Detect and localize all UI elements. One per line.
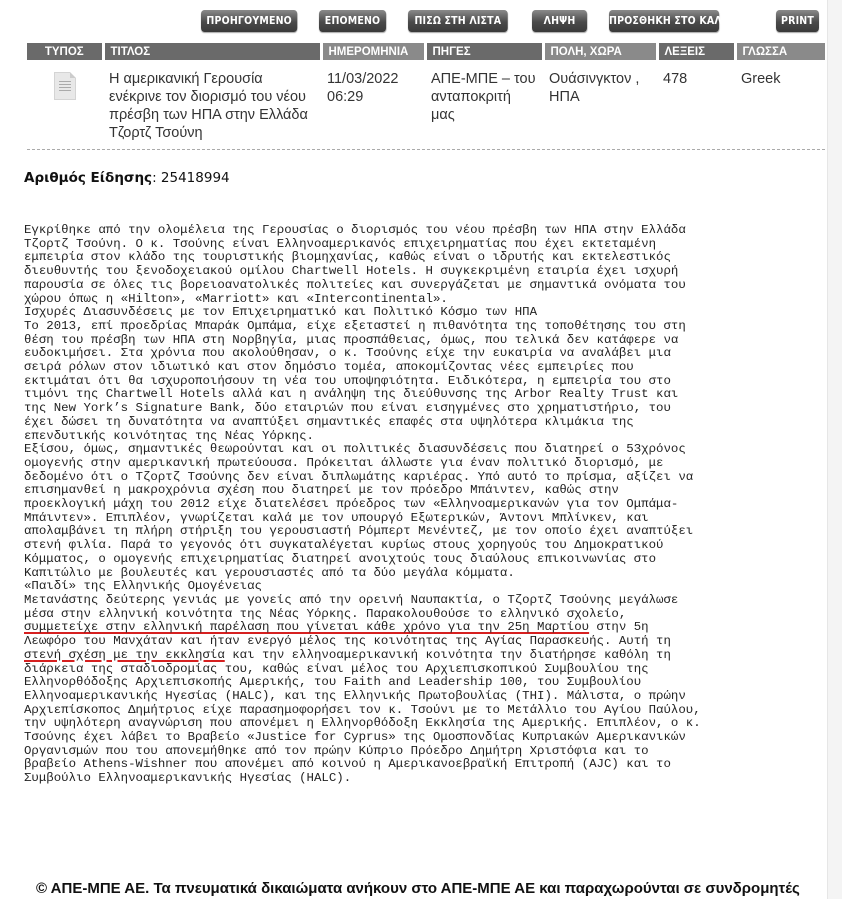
col-header-words: ΛΕΞΕΙΣ	[657, 43, 735, 60]
article-line: απολαμβάνει τη πλήρη στήριξη του γερουσι…	[24, 525, 824, 539]
article-line: Εξίσου, όμως, σημαντικές θεωρούνται και …	[24, 443, 824, 457]
article-line: Μπάιντεν». Επιπλέον, γνωρίζεται καλά με …	[24, 512, 824, 526]
article-line: τιμόνι της Chartwell Hotels αλλά και η α…	[24, 388, 824, 402]
article-line: σειρά ρόλων στον ιδιωτικό και στον δημόσ…	[24, 361, 824, 375]
col-header-date: ΗΜΕΡΟΜΗΝΙΑ	[321, 43, 425, 60]
city-country-cell: Ουάσινγκτον , ΗΠΑ	[543, 60, 657, 150]
article-line: Ελληνοαμερικανικής Ηγεσίας (HALC), και τ…	[24, 690, 824, 704]
article-line: διευθυντής του ξενοδοχειακού ομίλου Char…	[24, 265, 824, 279]
words-cell: 478	[657, 60, 735, 150]
article-line: Οργανισμών που του απονεμήθηκε από τον π…	[24, 745, 824, 759]
col-header-type: ΤΥΠΟΣ	[27, 43, 103, 60]
article-line: στενή φιλία. Παρά το γεγονός ότι συγκατα…	[24, 539, 824, 553]
download-button[interactable]: ΛΗΨΗ	[532, 10, 587, 32]
article-line: διάρκεια της σταδιοδρομίας του, καθώς εί…	[24, 663, 824, 677]
news-meta-table: ΤΥΠΟΣ ΤΙΤΛΟΣ ΗΜΕΡΟΜΗΝΙΑ ΠΗΓΕΣ ΠΟΛΗ, ΧΩΡΑ…	[27, 43, 825, 150]
article-line: προεκλογική μάχη του 2012 είχε διατελέσε…	[24, 498, 824, 512]
document-icon	[54, 72, 76, 100]
article-line: Κόμματος, ο ομογενής επιχειρηματίας διατ…	[24, 553, 824, 567]
news-id-value: 25418994	[161, 170, 230, 186]
article-line: Συμβούλιο Ελληνοαμερικανικής Ηγεσίας (HA…	[24, 772, 824, 786]
article-line: Το 2013, επί προεδρίας Μπαράκ Ομπάμα, εί…	[24, 320, 824, 334]
article-body: Εγκρίθηκε από την ολομέλεια της Γερουσία…	[24, 224, 824, 786]
toolbar: ΠΡΟΗΓΟΥΜΕΝΟ ΕΠΟΜΕΝΟ ΠΙΣΩ ΣΤΗ ΛΙΣΤΑ ΛΗΨΗ …	[0, 10, 828, 34]
article-line: εκτιμάται ότι θα ισχυροποιήσουν τη νέα τ…	[24, 375, 824, 389]
article-line: της New York’s Signature Bank, δύο εταιρ…	[24, 402, 824, 416]
sources-cell: ΑΠΕ-ΜΠΕ – του ανταποκριτή μας	[425, 60, 543, 150]
article-line: Τζορτζ Τσούνη. Ο κ. Τσούνης είναι Ελληνο…	[24, 238, 824, 252]
col-header-language: ΓΛΩΣΣΑ	[735, 43, 825, 60]
news-id: Αριθμός Είδησης: 25418994	[24, 170, 230, 186]
article-line: θέση του πρέσβη των ΗΠΑ στη Νορβηγία, μι…	[24, 334, 824, 348]
scrollbar-track[interactable]	[827, 0, 842, 899]
table-row: Η αμερικανική Γερουσία ενέκρινε τον διορ…	[27, 60, 825, 150]
previous-button[interactable]: ΠΡΟΗΓΟΥΜΕΝΟ	[201, 10, 297, 32]
article-line: Ισχυρές Διασυνδέσεις με τον Επιχειρηματι…	[24, 306, 824, 320]
divider	[27, 149, 825, 150]
col-header-city-country: ΠΟΛΗ, ΧΩΡΑ	[543, 43, 657, 60]
article-line: μέσα στην ελληνική κοινότητα της Νέας Υό…	[24, 608, 824, 622]
copyright-notice: © ΑΠΕ-ΜΠΕ ΑΕ. Τα πνευματικά δικαιώματα α…	[36, 880, 800, 897]
article-line: έχει δώσει τη δυνατότητα να αναπτύξει ση…	[24, 416, 824, 430]
article-line: Καπιτώλιο με βουλευτές και γερουσιαστές …	[24, 567, 824, 581]
article-line: Εγκρίθηκε από την ολομέλεια της Γερουσία…	[24, 224, 824, 238]
article-line: Τσούνης έχει λάβει το Βραβείο «Justice f…	[24, 731, 824, 745]
article-line: δεδομένο ότι ο Τζορτζ Τσούνης δεν είναι …	[24, 471, 824, 485]
article-line: επενδυτικής κοινότητας της Νέας Υόρκης.	[24, 430, 824, 444]
col-header-sources: ΠΗΓΕΣ	[425, 43, 543, 60]
article-line: «Παιδί» της Ελληνικής Ομογένειας	[24, 580, 824, 594]
print-button[interactable]: PRINT	[776, 10, 819, 32]
article-line: Αρχιεπίσκοπος Δημήτριος είχε παρασημοφορ…	[24, 704, 824, 718]
date-cell: 11/03/2022 06:29	[321, 60, 425, 150]
add-to-cart-button[interactable]: ΠΡΟΣΘΗΚΗ ΣΤΟ ΚΑΛΑΘΙ	[609, 10, 719, 32]
back-to-list-button[interactable]: ΠΙΣΩ ΣΤΗ ΛΙΣΤΑ	[408, 10, 508, 32]
type-cell	[27, 60, 103, 150]
article-line: χώρου όπως η «Hilton», «Marriott» και «I…	[24, 293, 824, 307]
article-line: εμπειρία στον κλάδο της τουριστικής βιομ…	[24, 251, 824, 265]
title-cell: Η αμερικανική Γερουσία ενέκρινε τον διορ…	[103, 60, 321, 150]
article-line: παρουσία σε όλες τις βορειοανατολικές πο…	[24, 279, 824, 293]
article-line: στενή σχέση με την εκκλησία και την ελλη…	[24, 649, 824, 663]
highlighted-text: συμμετείχε στην ελληνική παρέλαση που γί…	[24, 620, 589, 634]
article-line: Ελληνορθόδοξης Αρχιεπισκοπής Αμερικής, τ…	[24, 676, 824, 690]
article-line: την υψηλότερη αναγνώριση που απονέμει η …	[24, 717, 824, 731]
article-line: Λεωφόρο του Μανχάταν και ήταν ενεργό μέλ…	[24, 635, 824, 649]
news-id-label: Αριθμός Είδησης	[24, 170, 152, 186]
article-line: συμμετείχε στην ελληνική παρέλαση που γί…	[24, 621, 824, 635]
article-line: βραβείο Athens-Wishner που απονέμει από …	[24, 758, 824, 772]
article-line: Μετανάστης δεύτερης γενιάς με γονείς από…	[24, 594, 824, 608]
article-line: επισημανθεί η μακροχρόνια σχέση που διατ…	[24, 484, 824, 498]
col-header-title: ΤΙΤΛΟΣ	[103, 43, 321, 60]
article-line: ομογενής στην αμερικανική πρωτεύουσα. Πρ…	[24, 457, 824, 471]
next-button[interactable]: ΕΠΟΜΕΝΟ	[319, 10, 386, 32]
highlighted-text: στενή σχέση με την εκκλησία	[24, 648, 225, 662]
article-line: ευδοκιμήσει. Στα χρόνια που ακολούθησαν,…	[24, 347, 824, 361]
language-cell: Greek	[735, 60, 825, 150]
